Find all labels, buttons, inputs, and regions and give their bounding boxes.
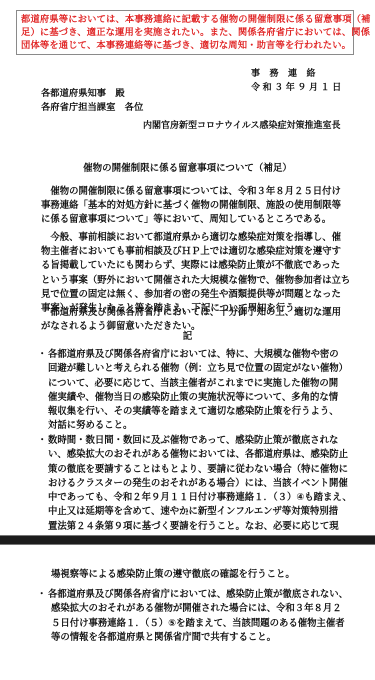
paragraph-line: に係る留意事項について」等において、周知しているところである。 bbox=[41, 213, 335, 227]
page-number: 1 bbox=[184, 508, 190, 518]
bullet-line: 対話に努めること。 bbox=[48, 419, 338, 433]
bullet-line: 数時間・数日間・数回に及ぶ催物であって、感染防止策が徹底されな bbox=[48, 434, 338, 448]
document-page-1: 都道府県等においては、本事務連絡に記載する催物の開催制限に係る留意事項（補 足）… bbox=[0, 0, 375, 535]
bullet-line: 等の情報を各都道府県と関係省庁間で共有すること。 bbox=[51, 631, 341, 645]
document-page-2: 場視察等による感染防止策の遵守徹底の確認を行うこと。 ・ 各都道府県及び関係各府… bbox=[0, 545, 375, 680]
paragraph-2: 今般、事前相談において都道府県から適切な感染症対策を指導し、催 物主催者において… bbox=[41, 231, 335, 316]
bullet-line: について、必要に応じて、当該主催者がこれまでに実施した催物の開 bbox=[48, 377, 338, 391]
doc-header-right: 事務連絡 令和３年９月１日 bbox=[251, 67, 344, 95]
addressee: 各府省庁担当課室 各位 bbox=[41, 101, 143, 115]
paragraph-line: 事務連絡「基本的対処方針に基づく催物の開催制限、施設の使用制限等 bbox=[41, 199, 335, 213]
bullet-line: 置法第２４条第９項に基づく要請を行うこと。なお、必要に応じて現 bbox=[48, 520, 338, 534]
paragraph-line: 物主催者においても事前相談及びＨＰ上では適切な感染症対策を遵守す bbox=[41, 245, 335, 259]
doc-date: 令和３年９月１日 bbox=[251, 81, 344, 95]
paragraph-1: 催物の開催制限に係る留意事項については、令和３年８月２５日付け 事務連絡「基本的… bbox=[41, 185, 335, 228]
bullet-line: ５日付け事務連絡１．（５）⑤を踏まえて、当該問題のある催物主催者 bbox=[51, 617, 341, 631]
bullet-text: 各都道府県及び関係各府省庁においては、特に、大規模な催物や密の 回避が難しいと考… bbox=[38, 348, 338, 434]
bullet-mark: ・ bbox=[38, 348, 47, 362]
bullet-text: 各都道府県及び関係各府省庁においては、感染防止策が徹底されない、 感染拡大のおそ… bbox=[41, 588, 341, 645]
page-separator bbox=[0, 535, 375, 545]
paragraph-line: という事案（野外において開催された大規模な催物で、催物参加者は立ち bbox=[41, 274, 335, 288]
bullet-line: 回避が難しいと考えられる催物（例：立ち見で位置の固定がない催物） bbox=[48, 362, 338, 376]
sender: 内閣官房新型コロナウイルス感染症対策推進室長 bbox=[143, 118, 340, 131]
paragraph-line: 今般、事前相談において都道府県から適切な感染症対策を指導し、催 bbox=[41, 231, 335, 245]
bullet-item-2: ・ 数時間・数日間・数回に及ぶ催物であって、感染防止策が徹底されな い、感染拡大… bbox=[38, 434, 338, 534]
ki-heading: 記 bbox=[0, 328, 375, 342]
doc-type: 事務連絡 bbox=[251, 67, 344, 81]
paragraph-line: 催物の開催制限に係る留意事項については、令和３年８月２５日付け bbox=[41, 185, 335, 199]
bullet-line: 中であっても、令和２年９月１１日付け事務連絡１．（３）④も踏まえ、 bbox=[48, 491, 338, 505]
continuation-line: 場視察等による感染防止策の遵守徹底の確認を行うこと。 bbox=[51, 568, 345, 582]
bullet-line: 報収集を行い、その実績等を踏まえて適切な感染防止策を行うよう、 bbox=[48, 405, 338, 419]
bullet-line: 各都道府県及び関係各府省庁においては、特に、大規模な催物や密の bbox=[48, 348, 338, 362]
bullet-text: 数時間・数日間・数回に及ぶ催物であって、感染防止策が徹底されな い、感染拡大のお… bbox=[38, 434, 338, 534]
bullet-line: 感染拡大のおそれがある催物が開催された場合には、令和３年８月２ bbox=[51, 602, 341, 616]
bullet-mark: ・ bbox=[38, 434, 47, 448]
addressee: 各都道府県知事 殿 bbox=[41, 87, 143, 101]
bullet-item-1: ・ 各都道府県及び関係各府省庁においては、特に、大規模な催物や密の 回避が難しい… bbox=[38, 348, 338, 434]
bullet-line: い、感染拡大のおそれがある催物においては、各都道府県は、感染防止 bbox=[48, 448, 338, 462]
document-title: 催物の開催制限に係る留意事項について（補足） bbox=[0, 160, 375, 174]
bullet-mark: ・ bbox=[37, 588, 46, 602]
bullet-line: おけるクラスターの発生のおそれがある場合）には、当該イベント開催 bbox=[48, 477, 338, 491]
addressees: 各都道府県知事 殿 各府省庁担当課室 各位 bbox=[41, 87, 143, 115]
bullet-line: 催実績や、催物当日の感染防止策の実施状況等について、多角的な情 bbox=[48, 391, 338, 405]
bullet-line: 策の徹底を要請することはもとより、要請に従わない場合（特に催物に bbox=[48, 463, 338, 477]
notice-line: 都道府県等においては、本事務連絡に記載する催物の開催制限に係る留意事項（補 bbox=[21, 13, 350, 26]
notice-box: 都道府県等においては、本事務連絡に記載する催物の開催制限に係る留意事項（補 足）… bbox=[16, 10, 354, 55]
bullet-line: 中止又は延期等を含めて、速やかに新型インフルエンザ等対策特別措 bbox=[48, 505, 338, 519]
notice-line: 団体等を通じて、本事務連絡等に基づき、適切な周知・助言等を行われたい。 bbox=[21, 39, 350, 52]
paragraph-line: る旨掲載していたにも関わらず、実際には感染防止策が不徹底であった bbox=[41, 259, 335, 273]
bullet-item-3: ・ 各都道府県及び関係各府省庁においては、感染防止策が徹底されない、 感染拡大の… bbox=[41, 588, 341, 645]
paragraph-line: 見で位置の固定は無く、参加者の密の発生や酒類提供等が問題となった bbox=[41, 288, 335, 302]
notice-line: 足）に基づき、適正な運用を実施されたい。また、関係各府省庁においては、関係 bbox=[21, 26, 350, 39]
paragraph-line: 都道府県及び関係各府省庁においては、十分御了知の上、適切な運用 bbox=[41, 306, 335, 320]
bullet-line: 各都道府県及び関係各府省庁においては、感染防止策が徹底されない、 bbox=[48, 588, 341, 602]
